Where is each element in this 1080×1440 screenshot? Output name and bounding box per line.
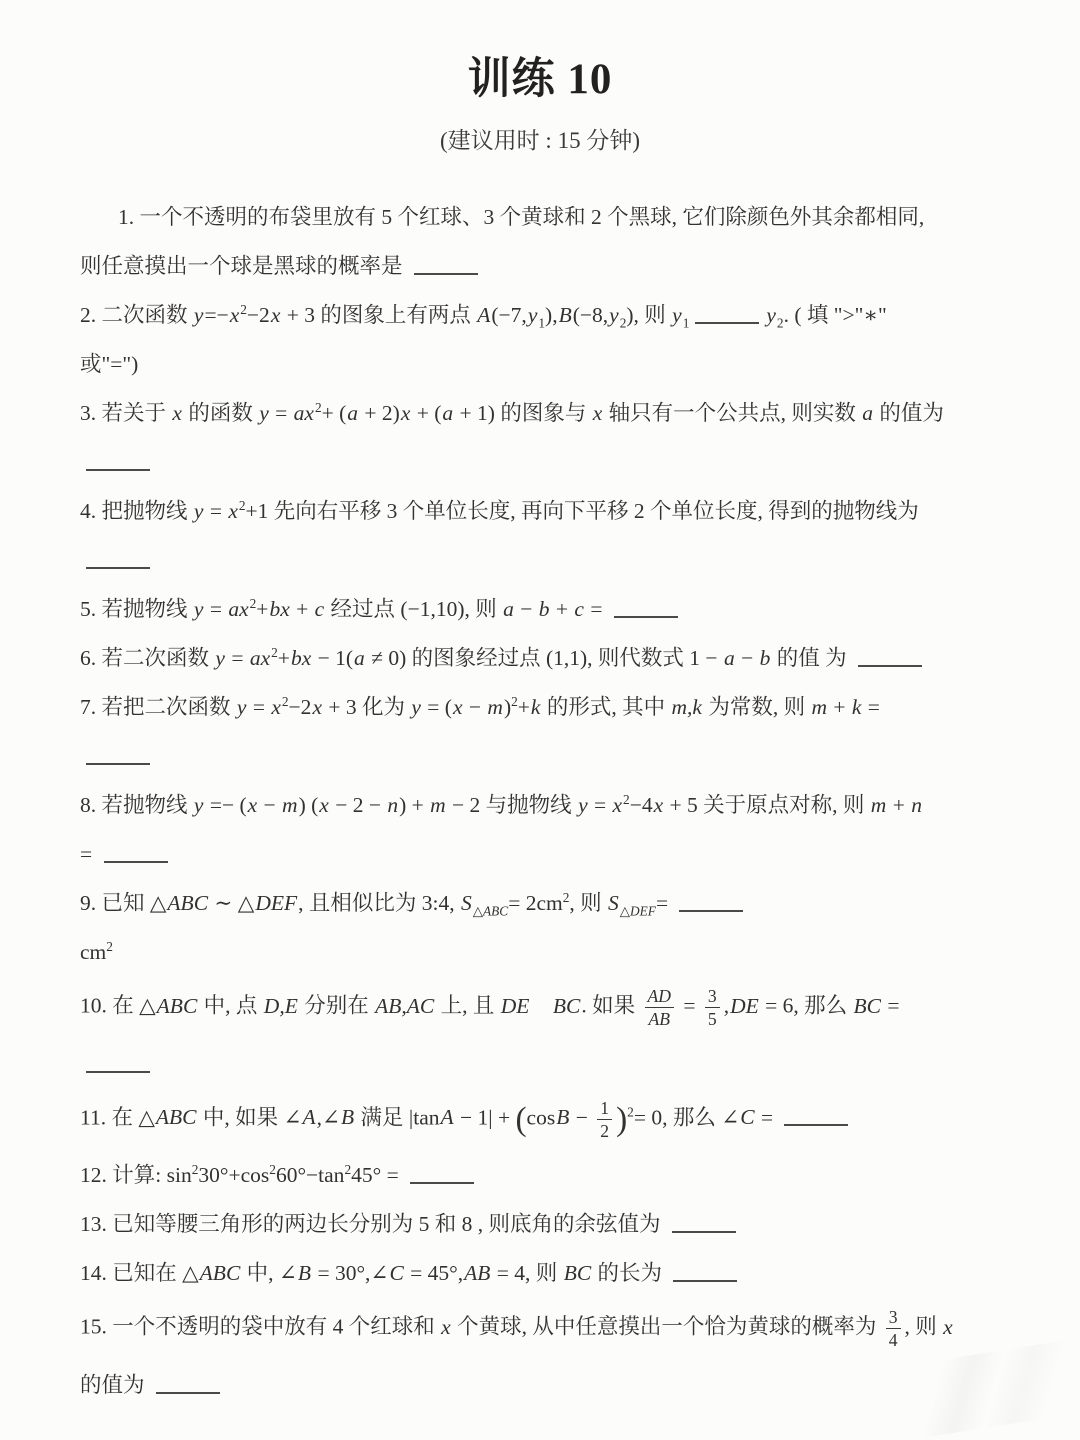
- text-run: 14. 已知在 △: [80, 1261, 199, 1285]
- text-run: =: [882, 994, 900, 1018]
- math-variable: x: [440, 1315, 452, 1339]
- fraction-denominator: 5: [708, 1008, 717, 1029]
- text-run: cos: [527, 1105, 556, 1129]
- superscript: 2: [239, 498, 246, 513]
- math-variable: x: [171, 401, 183, 425]
- text-run: = 45°,: [405, 1261, 463, 1285]
- problem-8: 8. 若抛物线 y =− (x − m) (x − 2 − n) + m − 2…: [80, 790, 1010, 869]
- answer-blank: [614, 595, 678, 619]
- math-variable: ax: [293, 401, 315, 425]
- superscript: 2: [106, 939, 113, 954]
- text-run: =: [247, 695, 270, 719]
- math-variable: D,E: [263, 994, 299, 1018]
- text-run: ∼ △: [209, 891, 254, 915]
- math-variable: S: [460, 891, 473, 915]
- subscript: △ABC: [473, 903, 508, 918]
- superscript: 2: [240, 302, 247, 317]
- text-run: −: [464, 695, 487, 719]
- text-run: ≠ 0) 的图象经过点 (1,1), 则代数式 1 −: [366, 646, 723, 670]
- paren-big: (: [515, 1101, 526, 1138]
- math-variable: x: [227, 499, 239, 523]
- math-variable: x: [400, 401, 412, 425]
- superscript: 2: [315, 400, 322, 415]
- math-variable: B: [340, 1105, 355, 1129]
- text-run: − 1(: [312, 646, 353, 670]
- text-run: 5. 若抛物线: [80, 597, 193, 621]
- problem-13: 13. 已知等腰三角形的两边长分别为 5 和 8 , 则底角的余弦值为: [80, 1209, 1010, 1239]
- text-run: ), 则: [626, 303, 671, 327]
- problem-2: 2. 二次函数 y=−x2−2x + 3 的图象上有两点 A(−7,y1),B(…: [80, 300, 1010, 379]
- text-run: + 2): [359, 401, 400, 425]
- text-run: 30°+cos: [198, 1163, 269, 1187]
- text-run: −2: [289, 695, 312, 719]
- problem-line: 或"="): [80, 349, 1010, 379]
- text-run: =: [585, 597, 608, 621]
- text-run: ),: [545, 303, 558, 327]
- superscript: 2: [269, 1162, 276, 1177]
- subscript: △DEF: [620, 903, 656, 918]
- text-run: 则任意摸出一个球是黑球的概率是: [80, 254, 408, 278]
- problem-line: [80, 741, 1010, 771]
- math-variable: A: [476, 303, 491, 327]
- problem-line: 2. 二次函数 y=−x2−2x + 3 的图象上有两点 A(−7,y1),B(…: [80, 300, 1010, 330]
- math-variable: a: [346, 401, 359, 425]
- text-run: + (: [322, 401, 347, 425]
- math-variable: ABC: [166, 891, 209, 915]
- problem-line: 9. 已知 △ABC ∼ △DEF, 且相似比为 3:4, S△ABC= 2cm…: [80, 888, 1010, 918]
- math-variable: x: [270, 695, 282, 719]
- text-run: 满足 |tan: [355, 1105, 439, 1129]
- problem-line: 1. 一个不透明的布袋里放有 5 个红球、3 个黄球和 2 个黑球, 它们除颜色…: [80, 202, 1010, 232]
- math-variable: x: [942, 1315, 954, 1339]
- problem-15: 15. 一个不透明的袋中放有 4 个红球和 x 个黄球, 从中任意摸出一个恰为黄…: [80, 1307, 1010, 1400]
- text-run: 的值为: [874, 401, 944, 425]
- text-run: ,∠: [317, 1105, 340, 1129]
- text-run: 轴只有一个公共点, 则实数: [603, 401, 861, 425]
- math-variable: a: [502, 597, 515, 621]
- math-variable: C: [739, 1105, 755, 1129]
- math-variable: m: [870, 793, 888, 817]
- text-run: =: [756, 1105, 779, 1129]
- superscript: 2: [282, 694, 289, 709]
- math-variable: n: [910, 793, 923, 817]
- problem-line: [80, 1049, 1010, 1079]
- math-variable: y: [410, 695, 422, 719]
- math-variable: a: [861, 401, 874, 425]
- answer-blank: [858, 644, 922, 668]
- math-variable: y: [577, 793, 589, 817]
- answer-blank: [414, 252, 478, 276]
- math-variable: S: [607, 891, 620, 915]
- problem-10: 10. 在 △ABC 中, 点 D,E 分别在 AB,AC 上, 且 DE BC…: [80, 986, 1010, 1079]
- text-run: . 如果: [581, 994, 640, 1018]
- math-variable: m,k: [670, 695, 702, 719]
- text-run: 1. 一个不透明的布袋里放有 5 个红球、3 个黄球和 2 个黑球, 它们除颜色…: [118, 205, 924, 229]
- text-run: , 则: [905, 1315, 943, 1339]
- text-run: =: [656, 891, 674, 915]
- text-run: −: [515, 597, 538, 621]
- answer-blank: [672, 1210, 736, 1234]
- math-variable: x: [318, 793, 330, 817]
- problem-line: [80, 545, 1010, 575]
- math-variable: y: [193, 597, 205, 621]
- superscript: 2: [511, 694, 518, 709]
- math-variable: m: [429, 793, 447, 817]
- math-variable: a: [723, 646, 736, 670]
- superscript: 2: [271, 645, 278, 660]
- text-run: = 0, 那么 ∠: [634, 1105, 739, 1129]
- answer-blank: [679, 889, 743, 913]
- math-variable: B: [558, 303, 573, 327]
- math-variable: B: [297, 1261, 312, 1285]
- text-run: 4. 把抛物线: [80, 499, 193, 523]
- text-run: −4: [630, 793, 653, 817]
- text-run: 60°−tan: [276, 1163, 345, 1187]
- text-run: 2. 二次函数: [80, 303, 193, 327]
- text-run: 9. 已知 △: [80, 891, 166, 915]
- math-variable: bx: [268, 597, 290, 621]
- fraction: 34: [886, 1307, 901, 1351]
- problem-line: 10. 在 △ABC 中, 点 D,E 分别在 AB,AC 上, 且 DE BC…: [80, 986, 1010, 1030]
- problem-4: 4. 把抛物线 y = x2+1 先向右平移 3 个单位长度, 再向下平移 2 …: [80, 496, 1010, 575]
- text-run: 11. 在 △: [80, 1105, 155, 1129]
- text-run: =: [862, 695, 880, 719]
- math-variable: b: [759, 646, 772, 670]
- text-run: cm: [80, 940, 106, 964]
- text-run: = 2cm: [508, 891, 563, 915]
- math-variable: k: [530, 695, 542, 719]
- math-variable: y: [193, 499, 205, 523]
- fraction-numerator: 3: [886, 1307, 901, 1329]
- text-run: 3. 若关于: [80, 401, 171, 425]
- text-run: =: [589, 793, 612, 817]
- problem-line: 12. 计算: sin230°+cos260°−tan245° =: [80, 1160, 1010, 1190]
- text-run: + 3 化为: [323, 695, 410, 719]
- text-run: = 30°,∠: [312, 1261, 388, 1285]
- text-run: 12. 计算: sin: [80, 1163, 192, 1187]
- text-run: 6. 若二次函数: [80, 646, 214, 670]
- answer-blank: [695, 301, 759, 325]
- math-variable: y: [236, 695, 248, 719]
- math-variable: DE: [500, 994, 531, 1018]
- math-variable: y: [765, 303, 777, 327]
- text-run: +: [256, 597, 268, 621]
- text-run: [530, 994, 552, 1018]
- text-run: (−7,: [491, 303, 526, 327]
- problem-11: 11. 在 △ABC 中, 如果 ∠A,∠B 满足 |tanA − 1| + (…: [80, 1098, 1010, 1142]
- problem-12: 12. 计算: sin230°+cos260°−tan245° =: [80, 1160, 1010, 1190]
- math-variable: b: [538, 597, 551, 621]
- answer-blank: [410, 1161, 474, 1185]
- math-variable: x: [653, 793, 665, 817]
- problem-line: 则任意摸出一个球是黑球的概率是: [80, 251, 1010, 281]
- text-run: =: [204, 597, 227, 621]
- fraction: ADAB: [645, 986, 674, 1030]
- text-run: −: [570, 1105, 593, 1129]
- math-variable: y: [193, 303, 205, 327]
- text-run: 8. 若抛物线: [80, 793, 193, 817]
- text-run: +: [291, 597, 314, 621]
- fraction-numerator: 3: [705, 986, 720, 1008]
- answer-blank: [86, 1049, 150, 1073]
- text-run: + (: [411, 401, 441, 425]
- math-variable: a: [441, 401, 454, 425]
- answer-blank: [104, 840, 168, 864]
- math-variable: y: [258, 401, 270, 425]
- math-variable: bx: [290, 646, 312, 670]
- answer-blank: [784, 1103, 848, 1127]
- text-run: 或"="): [80, 352, 138, 376]
- answer-blank: [156, 1370, 220, 1394]
- text-run: +: [518, 695, 530, 719]
- math-variable: y: [193, 793, 205, 817]
- fraction-denominator: 2: [600, 1120, 609, 1141]
- text-run: 45° =: [351, 1163, 404, 1187]
- page-title: 训练 10: [0, 54, 1080, 106]
- text-run: + 3 的图象上有两点: [281, 303, 476, 327]
- problem-6: 6. 若二次函数 y = ax2+bx − 1(a ≠ 0) 的图象经过点 (1…: [80, 643, 1010, 673]
- text-run: −: [736, 646, 759, 670]
- text-run: ) (: [299, 793, 319, 817]
- math-variable: x: [452, 695, 464, 719]
- answer-blank: [673, 1259, 737, 1283]
- text-run: 上, 且: [435, 994, 500, 1018]
- math-variable: ax: [249, 646, 271, 670]
- fraction-denominator: AB: [649, 1008, 671, 1029]
- text-run: 中, ∠: [241, 1261, 297, 1285]
- text-run: 的值为: [80, 1373, 150, 1397]
- math-variable: AB,AC: [374, 994, 435, 1018]
- math-variable: x: [612, 793, 624, 817]
- math-variable: C: [388, 1261, 404, 1285]
- text-run: =: [226, 646, 249, 670]
- text-run: =: [204, 499, 227, 523]
- problem-line: =: [80, 839, 1010, 869]
- math-variable: A: [302, 1105, 317, 1129]
- problem-line: 3. 若关于 x 的函数 y = ax2+ (a + 2)x + (a + 1)…: [80, 398, 1010, 428]
- problem-line: [80, 447, 1010, 477]
- text-run: +: [551, 597, 574, 621]
- text-run: =: [678, 994, 701, 1018]
- superscript: 2: [627, 1104, 634, 1119]
- problem-line: 4. 把抛物线 y = x2+1 先向右平移 3 个单位长度, 再向下平移 2 …: [80, 496, 1010, 526]
- problem-1: 1. 一个不透明的布袋里放有 5 个红球、3 个黄球和 2 个黑球, 它们除颜色…: [80, 202, 1010, 281]
- text-run: = (: [422, 695, 452, 719]
- math-variable: c: [314, 597, 326, 621]
- text-run: +1 先向右平移 3 个单位长度, 再向下平移 2 个单位长度, 得到的抛物线为: [246, 499, 919, 523]
- text-run: + 1) 的图象与: [454, 401, 592, 425]
- problem-line: 15. 一个不透明的袋中放有 4 个红球和 x 个黄球, 从中任意摸出一个恰为黄…: [80, 1307, 1010, 1351]
- problem-line: 11. 在 △ABC 中, 如果 ∠A,∠B 满足 |tanA − 1| + (…: [80, 1098, 1010, 1142]
- problem-line: 的值为: [80, 1370, 1010, 1400]
- math-variable: ABC: [156, 994, 199, 1018]
- text-run: 10. 在 △: [80, 994, 156, 1018]
- text-run: 的值 为: [771, 646, 852, 670]
- text-run: = 6, 那么: [760, 994, 853, 1018]
- paren-big: ): [616, 1101, 627, 1138]
- text-run: −2: [247, 303, 270, 327]
- text-run: − 1| +: [455, 1105, 516, 1129]
- text-run: 个黄球, 从中任意摸出一个恰为黄球的概率为: [452, 1315, 882, 1339]
- problem-3: 3. 若关于 x 的函数 y = ax2+ (a + 2)x + (a + 1)…: [80, 398, 1010, 477]
- math-variable: BC: [853, 994, 882, 1018]
- text-run: 经过点 (−1,10), 则: [325, 597, 502, 621]
- problem-line: 13. 已知等腰三角形的两边长分别为 5 和 8 , 则底角的余弦值为: [80, 1209, 1010, 1239]
- problem-line: 14. 已知在 △ABC 中, ∠B = 30°,∠C = 45°,AB = 4…: [80, 1258, 1010, 1288]
- answer-blank: [86, 448, 150, 472]
- problem-line: 8. 若抛物线 y =− (x − m) (x − 2 − n) + m − 2…: [80, 790, 1010, 820]
- math-variable: m: [281, 793, 299, 817]
- math-variable: y: [214, 646, 226, 670]
- problem-5: 5. 若抛物线 y = ax2+bx + c 经过点 (−1,10), 则 a …: [80, 594, 1010, 624]
- text-run: . ( 填 ">"∗": [784, 303, 887, 327]
- fraction: 12: [597, 1098, 612, 1142]
- text-run: 为常数, 则: [703, 695, 811, 719]
- problem-14: 14. 已知在 △ABC 中, ∠B = 30°,∠C = 45°,AB = 4…: [80, 1258, 1010, 1288]
- math-variable: y: [608, 303, 620, 327]
- worksheet-page: 训练 10 (建议用时 : 15 分钟) 1. 一个不透明的布袋里放有 5 个红…: [0, 0, 1080, 1440]
- problem-line: cm2: [80, 937, 1010, 967]
- fraction-numerator: AD: [645, 986, 674, 1008]
- text-run: = 4, 则: [491, 1261, 562, 1285]
- problem-line: 5. 若抛物线 y = ax2+bx + c 经过点 (−1,10), 则 a …: [80, 594, 1010, 624]
- text-run: −: [258, 793, 281, 817]
- text-run: =: [80, 842, 98, 866]
- math-variable: DE: [729, 994, 760, 1018]
- math-variable: ABC: [199, 1261, 242, 1285]
- text-run: 7. 若把二次函数: [80, 695, 236, 719]
- text-run: +: [278, 646, 290, 670]
- text-run: =−: [204, 303, 228, 327]
- text-run: 分别在: [299, 994, 374, 1018]
- page-subtitle: (建议用时 : 15 分钟): [0, 126, 1080, 156]
- math-variable: n: [386, 793, 399, 817]
- math-variable: x: [247, 793, 259, 817]
- problem-9: 9. 已知 △ABC ∼ △DEF, 且相似比为 3:4, S△ABC= 2cm…: [80, 888, 1010, 967]
- math-variable: BC: [552, 994, 581, 1018]
- superscript: 2: [623, 792, 630, 807]
- math-variable: x: [592, 401, 604, 425]
- problem-7: 7. 若把二次函数 y = x2−2x + 3 化为 y = (x − m)2+…: [80, 692, 1010, 771]
- worksheet-header: 训练 10 (建议用时 : 15 分钟): [0, 0, 1080, 156]
- text-run: − 2 −: [330, 793, 387, 817]
- fraction: 35: [705, 986, 720, 1030]
- answer-blank: [86, 546, 150, 570]
- math-variable: B: [555, 1105, 570, 1129]
- problem-line: 7. 若把二次函数 y = x2−2x + 3 化为 y = (x − m)2+…: [80, 692, 1010, 722]
- subscript: 1: [683, 315, 690, 330]
- text-run: 的函数: [183, 401, 258, 425]
- text-run: 15. 一个不透明的袋中放有 4 个红球和: [80, 1315, 440, 1339]
- text-run: +: [887, 793, 910, 817]
- math-variable: y: [671, 303, 683, 327]
- text-run: 13. 已知等腰三角形的两边长分别为 5 和 8 , 则底角的余弦值为: [80, 1212, 666, 1236]
- math-variable: m: [486, 695, 504, 719]
- answer-blank: [86, 742, 150, 766]
- text-run: (−8,: [573, 303, 608, 327]
- text-run: 中, 点: [198, 994, 263, 1018]
- math-variable: A: [440, 1105, 455, 1129]
- text-run: , 则: [569, 891, 607, 915]
- problem-line: 6. 若二次函数 y = ax2+bx − 1(a ≠ 0) 的图象经过点 (1…: [80, 643, 1010, 673]
- text-run: +: [828, 695, 851, 719]
- math-variable: ABC: [155, 1105, 198, 1129]
- problem-list: 1. 一个不透明的布袋里放有 5 个红球、3 个黄球和 2 个黑球, 它们除颜色…: [0, 156, 1080, 1400]
- text-run: =: [270, 401, 293, 425]
- text-run: 的长为: [592, 1261, 667, 1285]
- math-variable: BC: [563, 1261, 592, 1285]
- math-variable: x: [311, 695, 323, 719]
- math-variable: m: [810, 695, 828, 719]
- fraction-denominator: 4: [889, 1329, 898, 1350]
- text-run: =− (: [204, 793, 246, 817]
- math-variable: DEF: [254, 891, 298, 915]
- text-run: ) +: [399, 793, 429, 817]
- text-run: 的形式, 其中: [541, 695, 670, 719]
- math-variable: ax: [227, 597, 249, 621]
- text-run: − 2 与抛物线: [447, 793, 577, 817]
- math-variable: k: [851, 695, 863, 719]
- math-variable: x: [229, 303, 241, 327]
- math-variable: AB: [463, 1261, 491, 1285]
- math-variable: y: [527, 303, 539, 327]
- math-variable: a: [353, 646, 366, 670]
- fraction-numerator: 1: [597, 1098, 612, 1120]
- text-run: + 5 关于原点对称, 则: [664, 793, 870, 817]
- text-run: , 且相似比为 3:4,: [298, 891, 460, 915]
- text-run: 中, 如果 ∠: [197, 1105, 301, 1129]
- math-variable: c: [573, 597, 585, 621]
- math-variable: x: [270, 303, 282, 327]
- subscript: 2: [777, 315, 784, 330]
